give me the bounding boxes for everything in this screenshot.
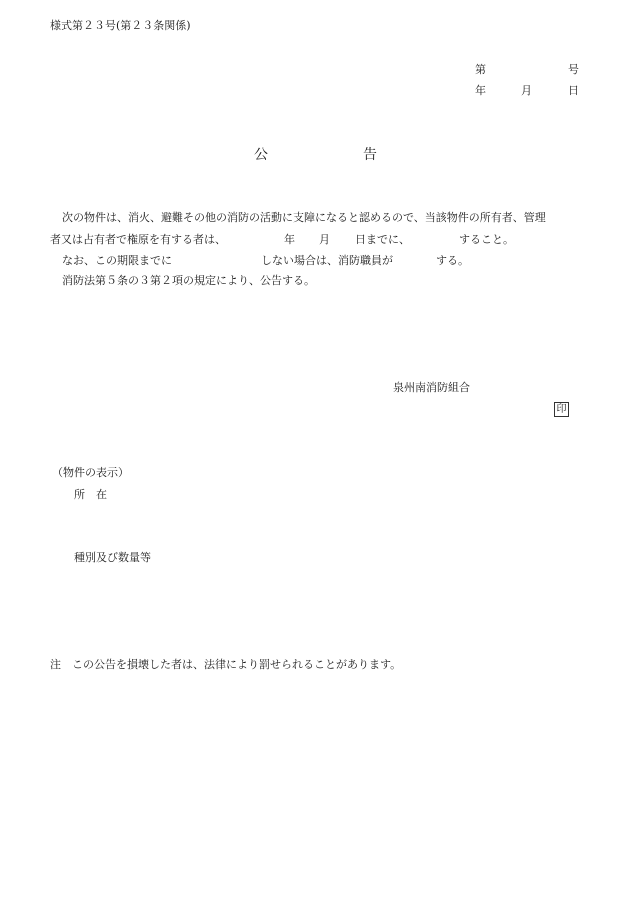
property-heading: （物件の表示）: [52, 466, 129, 480]
form-number: 様式第２３号(第２３条関係): [50, 19, 191, 33]
number-suffix: 号: [568, 63, 579, 77]
location-label: 所 在: [74, 488, 107, 502]
body-line-2: 者又は占有者で権原を有する者は、: [50, 233, 226, 247]
body-line-4: 消防法第５条の３第２項の規定により、公告する。: [62, 274, 315, 288]
date-month: 月: [521, 84, 532, 98]
date-day: 日: [568, 84, 579, 98]
body-line-3: なお、この期限までに: [62, 254, 172, 268]
title-char-2: 告: [363, 147, 377, 163]
legal-note: 注 この公告を損壊した者は、法律により罰せられることがあります。: [50, 658, 401, 672]
seal-stamp-icon: 印: [554, 402, 569, 417]
date-year: 年: [475, 84, 486, 98]
deadline-month: 月: [319, 233, 330, 247]
issuer-name: 泉州南消防組合: [393, 381, 470, 395]
number-prefix: 第: [475, 63, 486, 77]
deadline-day: 日までに、: [355, 233, 410, 247]
body-line-2-end: すること。: [459, 233, 514, 247]
title-char-1: 公: [254, 147, 268, 163]
body-line-3-middle: しない場合は、消防職員が: [261, 254, 393, 268]
deadline-year: 年: [284, 233, 295, 247]
body-line-1: 次の物件は、消火、避難その他の消防の活動に支障になると認めるので、当該物件の所有…: [62, 211, 546, 225]
type-quantity-label: 種別及び数量等: [74, 551, 151, 565]
body-line-3-end: する。: [436, 254, 469, 268]
